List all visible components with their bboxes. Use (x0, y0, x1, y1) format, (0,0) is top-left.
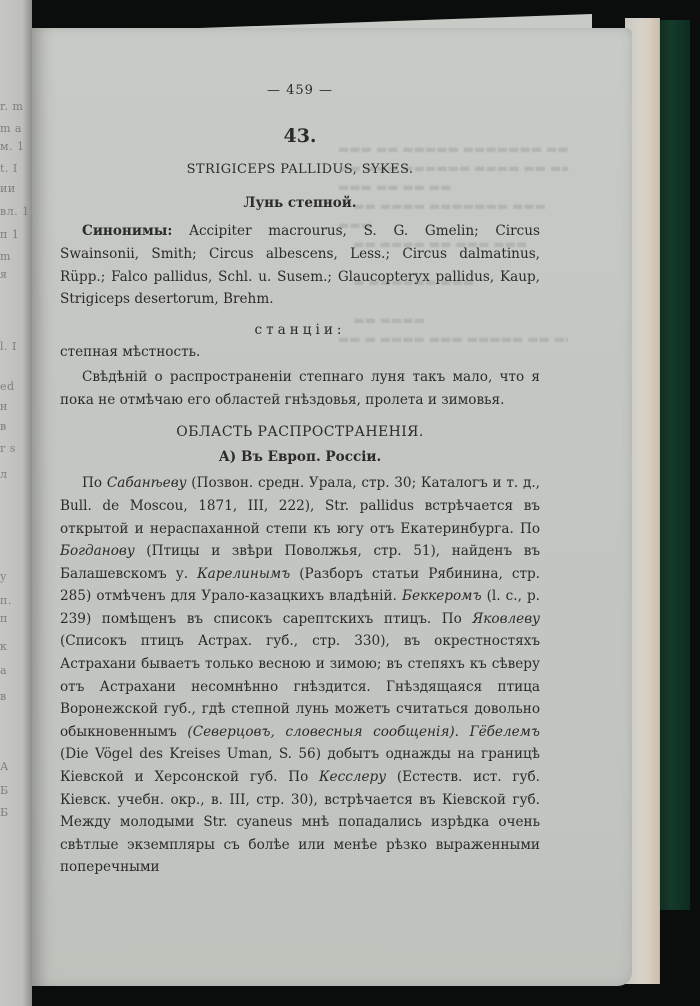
cited-author: Гёбелемъ (470, 724, 540, 740)
cited-author: Карелинымъ (197, 566, 290, 582)
cited-author: Сабанѣеву (107, 475, 187, 491)
page-content: — 459 — 43. STRIGICEPS PALLIDUS, SYKES. … (60, 80, 540, 879)
distribution-heading: ОБЛАСТЬ РАСПРОСТРАНЕНІЯ. (60, 421, 540, 444)
paragraph-text: . (455, 724, 470, 740)
species-russian-name: Лунь степной. (60, 192, 540, 215)
distribution-subheading: А) Въ Европ. Россіи. (60, 446, 540, 469)
station-heading: станціи: (60, 319, 540, 342)
left-facing-page: r. m m a м. 1 t. I ии вл. 1 п 1 m я l. I… (0, 0, 32, 1006)
cited-author: Яковлеву (472, 611, 540, 627)
synonyms-label: Синонимы: (82, 223, 172, 239)
cited-author: (Северцовъ, словесныя сообщенія) (187, 724, 454, 740)
distribution-paragraph: По Сабанѣеву (Позвон. средн. Урала, стр.… (60, 472, 540, 879)
cited-author: Кесслеру (319, 769, 386, 785)
station-text: степная мѣстность. (60, 341, 540, 364)
synonyms-paragraph: Синонимы: Accipiter macrourus, S. G. Gme… (60, 220, 540, 310)
cited-author: Богданову (60, 543, 135, 559)
paragraph-text: По (82, 475, 107, 491)
entry-number: 43. (60, 125, 540, 148)
intro-paragraph: Свѣдѣній о распространеніи степнаго луня… (60, 366, 540, 411)
page-number: — 459 — (60, 80, 540, 103)
species-latin-name: STRIGICEPS PALLIDUS, SYKES. (60, 159, 540, 182)
book-cover (658, 20, 690, 910)
cited-author: Беккеромъ (402, 588, 482, 604)
